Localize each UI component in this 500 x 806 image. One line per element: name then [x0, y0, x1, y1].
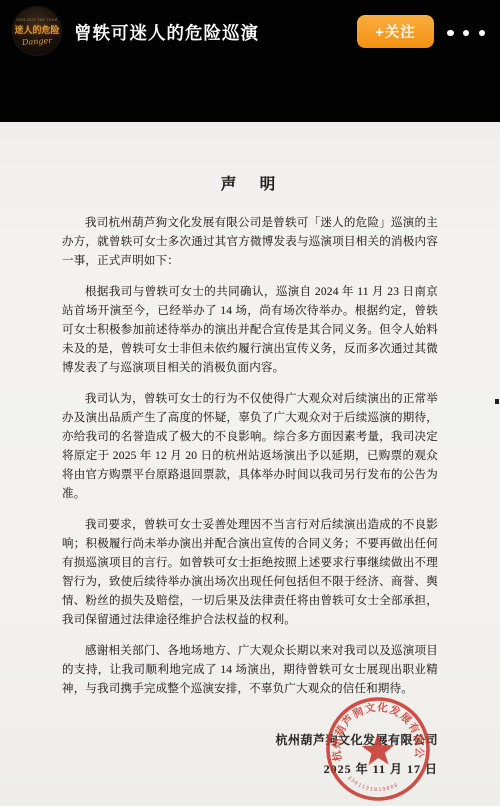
photo-artifact: [495, 399, 499, 404]
post-header: 2024-2025 THE TOUR 迷人的危险 Danger 曾轶可迷人的危险…: [0, 0, 500, 122]
statement-paragraph: 我司认为，曾轶可女士的行为不仅使得广大观众对后续演出的正常举办及演出品质产生了高…: [62, 390, 438, 504]
avatar[interactable]: 2024-2025 THE TOUR 迷人的危险 Danger: [13, 7, 61, 55]
statement-body: 我司杭州葫芦狗文化发展有限公司是曾轶可「迷人的危险」巡演的主办方，就曾轶可女士多…: [62, 214, 438, 699]
more-options-icon[interactable]: [447, 29, 485, 37]
signature-date: 2025 年 11 月 17 日: [62, 760, 438, 777]
signature-company: 杭州葫芦狗文化发展有限公司: [62, 731, 438, 748]
statement-paragraph: 感谢相关部门、各地场地方、广大观众长期以来对我司以及巡演项目的支持，让我司顺利地…: [62, 642, 438, 699]
statement-paragraph: 我司杭州葫芦狗文化发展有限公司是曾轶可「迷人的危险」巡演的主办方，就曾轶可女士多…: [62, 214, 438, 271]
statement-title: 声 明: [62, 172, 438, 194]
stamp-arc-text: 杭州葫芦狗文化发展有限公司: [321, 692, 427, 763]
statement-document-image[interactable]: 声 明 我司杭州葫芦狗文化发展有限公司是曾轶可「迷人的危险」巡演的主办方，就曾轶…: [0, 122, 500, 806]
dot: [463, 30, 470, 37]
page-title: 曾轶可迷人的危险巡演: [74, 20, 259, 45]
company-seal-stamp-icon: 杭州葫芦狗文化发展有限公司 3301131019088: [321, 692, 435, 806]
dot: [479, 30, 486, 37]
dot: [447, 30, 454, 37]
avatar-tour-text: 2024-2025 THE TOUR: [16, 17, 57, 22]
follow-button[interactable]: +关注: [357, 15, 434, 48]
avatar-script-text: Danger: [22, 35, 53, 46]
avatar-title-text: 迷人的危险: [14, 23, 59, 36]
svg-text:杭州葫芦狗文化发展有限公司: 杭州葫芦狗文化发展有限公司: [321, 692, 427, 763]
signature-block: 杭州葫芦狗文化发展有限公司 2025 年 11 月 17 日 杭州葫芦狗文化发展…: [62, 731, 438, 777]
statement-paragraph: 我司要求，曾轶可女士妥善处理因不当言行对后续演出造成的不良影响；积极履行尚未举办…: [62, 516, 438, 630]
statement-paragraph: 根据我司与曾轶可女士的共同确认，巡演自 2024 年 11 月 23 日南京站首…: [62, 283, 438, 378]
